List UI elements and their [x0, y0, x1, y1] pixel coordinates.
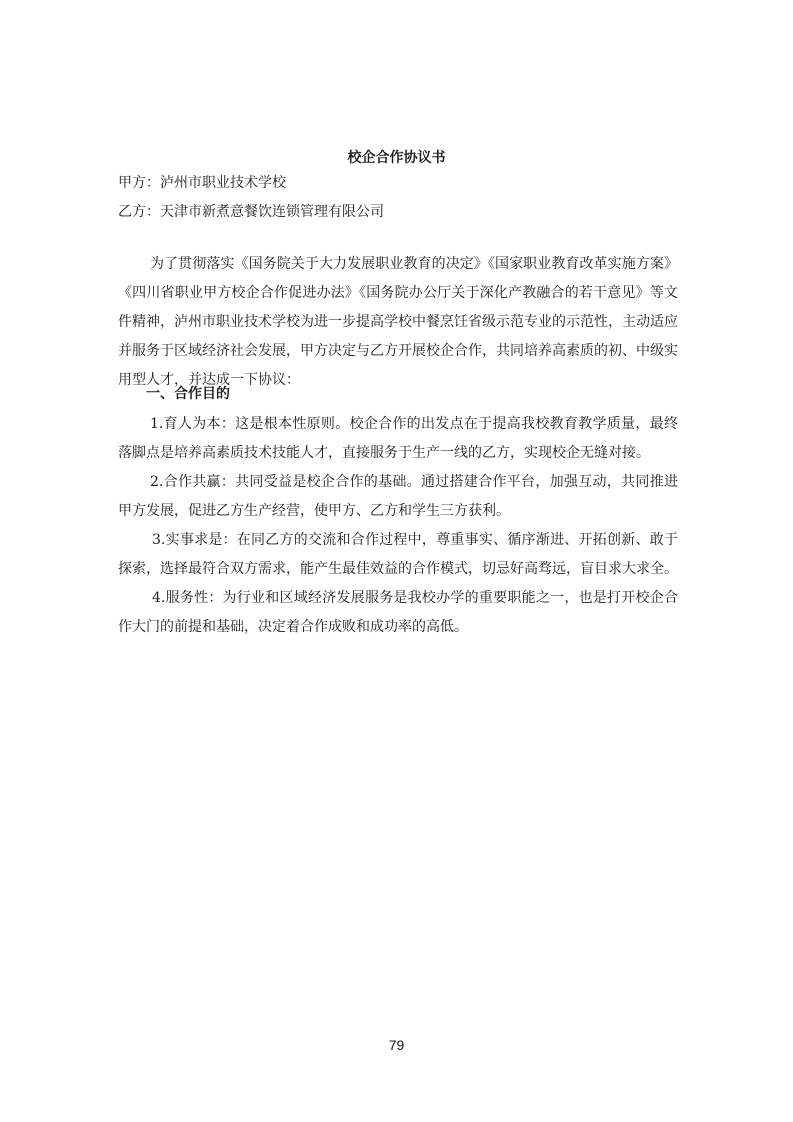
- document-page: 校企合作协议书 甲方：泸州市职业技术学校 乙方：天津市新煮意餐饮连锁管理有限公司…: [0, 0, 793, 1122]
- page-number: 79: [0, 1037, 793, 1053]
- party-b: 乙方：天津市新煮意餐饮连锁管理有限公司: [118, 202, 384, 222]
- intro-paragraph: 为了贯彻落实《国务院关于大力发展职业教育的决定》《国家职业教育改革实施方案》《四…: [118, 250, 678, 395]
- party-a: 甲方：泸州市职业技术学校: [118, 173, 286, 193]
- section-heading: 一、合作目的: [146, 380, 230, 409]
- list-item: 4.服务性：为行业和区域经济发展服务是我校办学的重要职能之一，也是打开校企合作大…: [118, 584, 678, 642]
- list-item: 1.育人为本：这是根本性原则。校企合作的出发点在于提高我校教育教学质量，最终落脚…: [118, 410, 678, 468]
- list-item: 3.实事求是：在同乙方的交流和合作过程中，尊重事实、循序渐进、开拓创新、敢于探索…: [118, 526, 678, 584]
- document-title: 校企合作协议书: [0, 147, 793, 167]
- list-item: 2.合作共赢：共同受益是校企合作的基础。通过搭建合作平台，加强互动，共同推进甲方…: [118, 468, 678, 526]
